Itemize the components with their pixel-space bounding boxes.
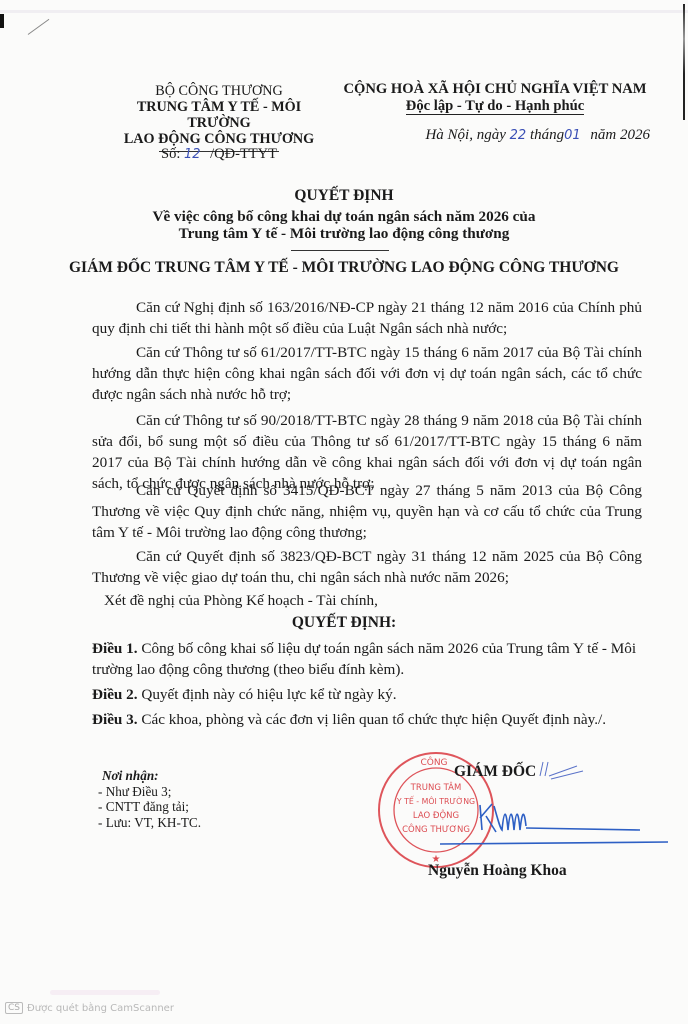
org-name-line1: TRUNG TÂM Y TẾ - MÔI TRƯỜNG — [104, 99, 334, 131]
republic-name: CỘNG HOÀ XÃ HỘI CHỦ NGHĨA VIỆT NAM — [340, 81, 650, 98]
legal-basis-paragraph: Căn cứ Quyết định số 3823/QĐ-BCT ngày 31… — [92, 546, 642, 588]
initial-mark — [537, 758, 587, 780]
pen-stroke-mark — [28, 19, 50, 35]
ministry-name: BỘ CÔNG THƯƠNG — [104, 83, 334, 99]
document-subtitle: Về việc công bố công khai dự toán ngân s… — [60, 208, 628, 242]
scanner-watermark: CS Được quét bằng CamScanner — [5, 1002, 174, 1014]
article-text: Quyết định này có hiệu lực kể từ ngày ký… — [138, 686, 397, 703]
scan-artifact — [50, 990, 160, 995]
number-handwritten: 12 — [184, 147, 201, 162]
camscanner-logo-icon: CS — [5, 1002, 23, 1014]
subtitle-line1: Về việc công bố công khai dự toán ngân s… — [60, 208, 628, 225]
legal-basis-paragraph: Căn cứ Nghị định số 163/2016/NĐ-CP ngày … — [92, 297, 642, 339]
article-3: Điều 3. Các khoa, phòng và các đơn vị li… — [92, 709, 642, 730]
recipient-item: - Như Điều 3; — [98, 784, 201, 800]
authority-heading: GIÁM ĐỐC TRUNG TÂM Y TẾ - MÔI TRƯỜNG LAO… — [0, 259, 688, 277]
national-header-block: CỘNG HOÀ XÃ HỘI CHỦ NGHĨA VIỆT NAM Độc l… — [340, 81, 650, 115]
date-month-label: tháng — [530, 127, 564, 143]
article-label: Điều 1. — [92, 640, 138, 657]
handwritten-signature — [440, 790, 670, 860]
scan-edge-band — [0, 10, 688, 13]
paragraph-text: Căn cứ Quyết định số 3823/QĐ-BCT ngày 31… — [92, 548, 642, 586]
date-prefix: Hà Nội, ngày — [425, 127, 505, 143]
org-name-line2: LAO ĐỘNG CÔNG THƯƠNG — [104, 131, 334, 147]
number-suffix: /QĐ-TTYT — [210, 146, 277, 162]
paragraph-text: Căn cứ Nghị định số 163/2016/NĐ-CP ngày … — [92, 299, 642, 337]
national-motto: Độc lập - Tự do - Hạnh phúc — [406, 99, 584, 115]
legal-basis-paragraph: Căn cứ Quyết định số 3415/QĐ-BCT ngày 27… — [92, 480, 642, 543]
article-2: Điều 2. Quyết định này có hiệu lực kể từ… — [92, 684, 642, 705]
scanner-text: Được quét bằng CamScanner — [27, 1003, 174, 1014]
proposal-paragraph: Xét đề nghị của Phòng Kế hoạch - Tài chí… — [104, 590, 654, 611]
recipients-heading: Nơi nhận: — [102, 768, 201, 784]
article-text: Các khoa, phòng và các đơn vị liên quan … — [138, 711, 606, 728]
date-month-handwritten: 01 — [564, 128, 581, 143]
document-title: QUYẾT ĐỊNH — [0, 187, 688, 205]
paragraph-text: Căn cứ Quyết định số 3415/QĐ-BCT ngày 27… — [92, 482, 642, 541]
title-divider — [291, 250, 389, 251]
issue-date: Hà Nội, ngày 22 tháng01 năm 2026 — [360, 127, 650, 144]
issuing-agency-block: BỘ CÔNG THƯƠNG TRUNG TÂM Y TẾ - MÔI TRƯỜ… — [104, 83, 334, 152]
paragraph-text: Căn cứ Thông tư số 61/2017/TT-BTC ngày 1… — [92, 344, 642, 403]
scan-edge-line — [683, 4, 685, 120]
date-day-handwritten: 22 — [510, 128, 527, 143]
scan-edge-mark — [0, 14, 4, 28]
date-year: năm 2026 — [590, 127, 650, 143]
decision-heading: QUYẾT ĐỊNH: — [0, 614, 688, 632]
svg-text:CÔNG: CÔNG — [420, 756, 447, 768]
legal-basis-paragraph: Căn cứ Thông tư số 61/2017/TT-BTC ngày 1… — [92, 342, 642, 405]
recipient-item: - Lưu: VT, KH-TC. — [98, 815, 201, 831]
article-label: Điều 2. — [92, 686, 138, 703]
paragraph-text: Xét đề nghị của Phòng Kế hoạch - Tài chí… — [104, 592, 378, 609]
subtitle-line2: Trung tâm Y tế - Môi trường lao động côn… — [60, 225, 628, 242]
number-prefix: Số: — [161, 146, 180, 162]
signer-title: GIÁM ĐỐC — [454, 763, 536, 781]
signer-name: Nguyễn Hoàng Khoa — [428, 862, 567, 880]
article-label: Điều 3. — [92, 711, 138, 728]
article-1: Điều 1. Công bố công khai số liệu dự toá… — [92, 638, 642, 680]
article-text: Công bố công khai số liệu dự toán ngân s… — [92, 640, 636, 678]
recipient-item: - CNTT đăng tải; — [98, 799, 201, 815]
recipients-block: Nơi nhận: - Như Điều 3; - CNTT đăng tải;… — [98, 768, 201, 830]
document-number: Số: 12 /QĐ-TTYT — [104, 146, 334, 163]
